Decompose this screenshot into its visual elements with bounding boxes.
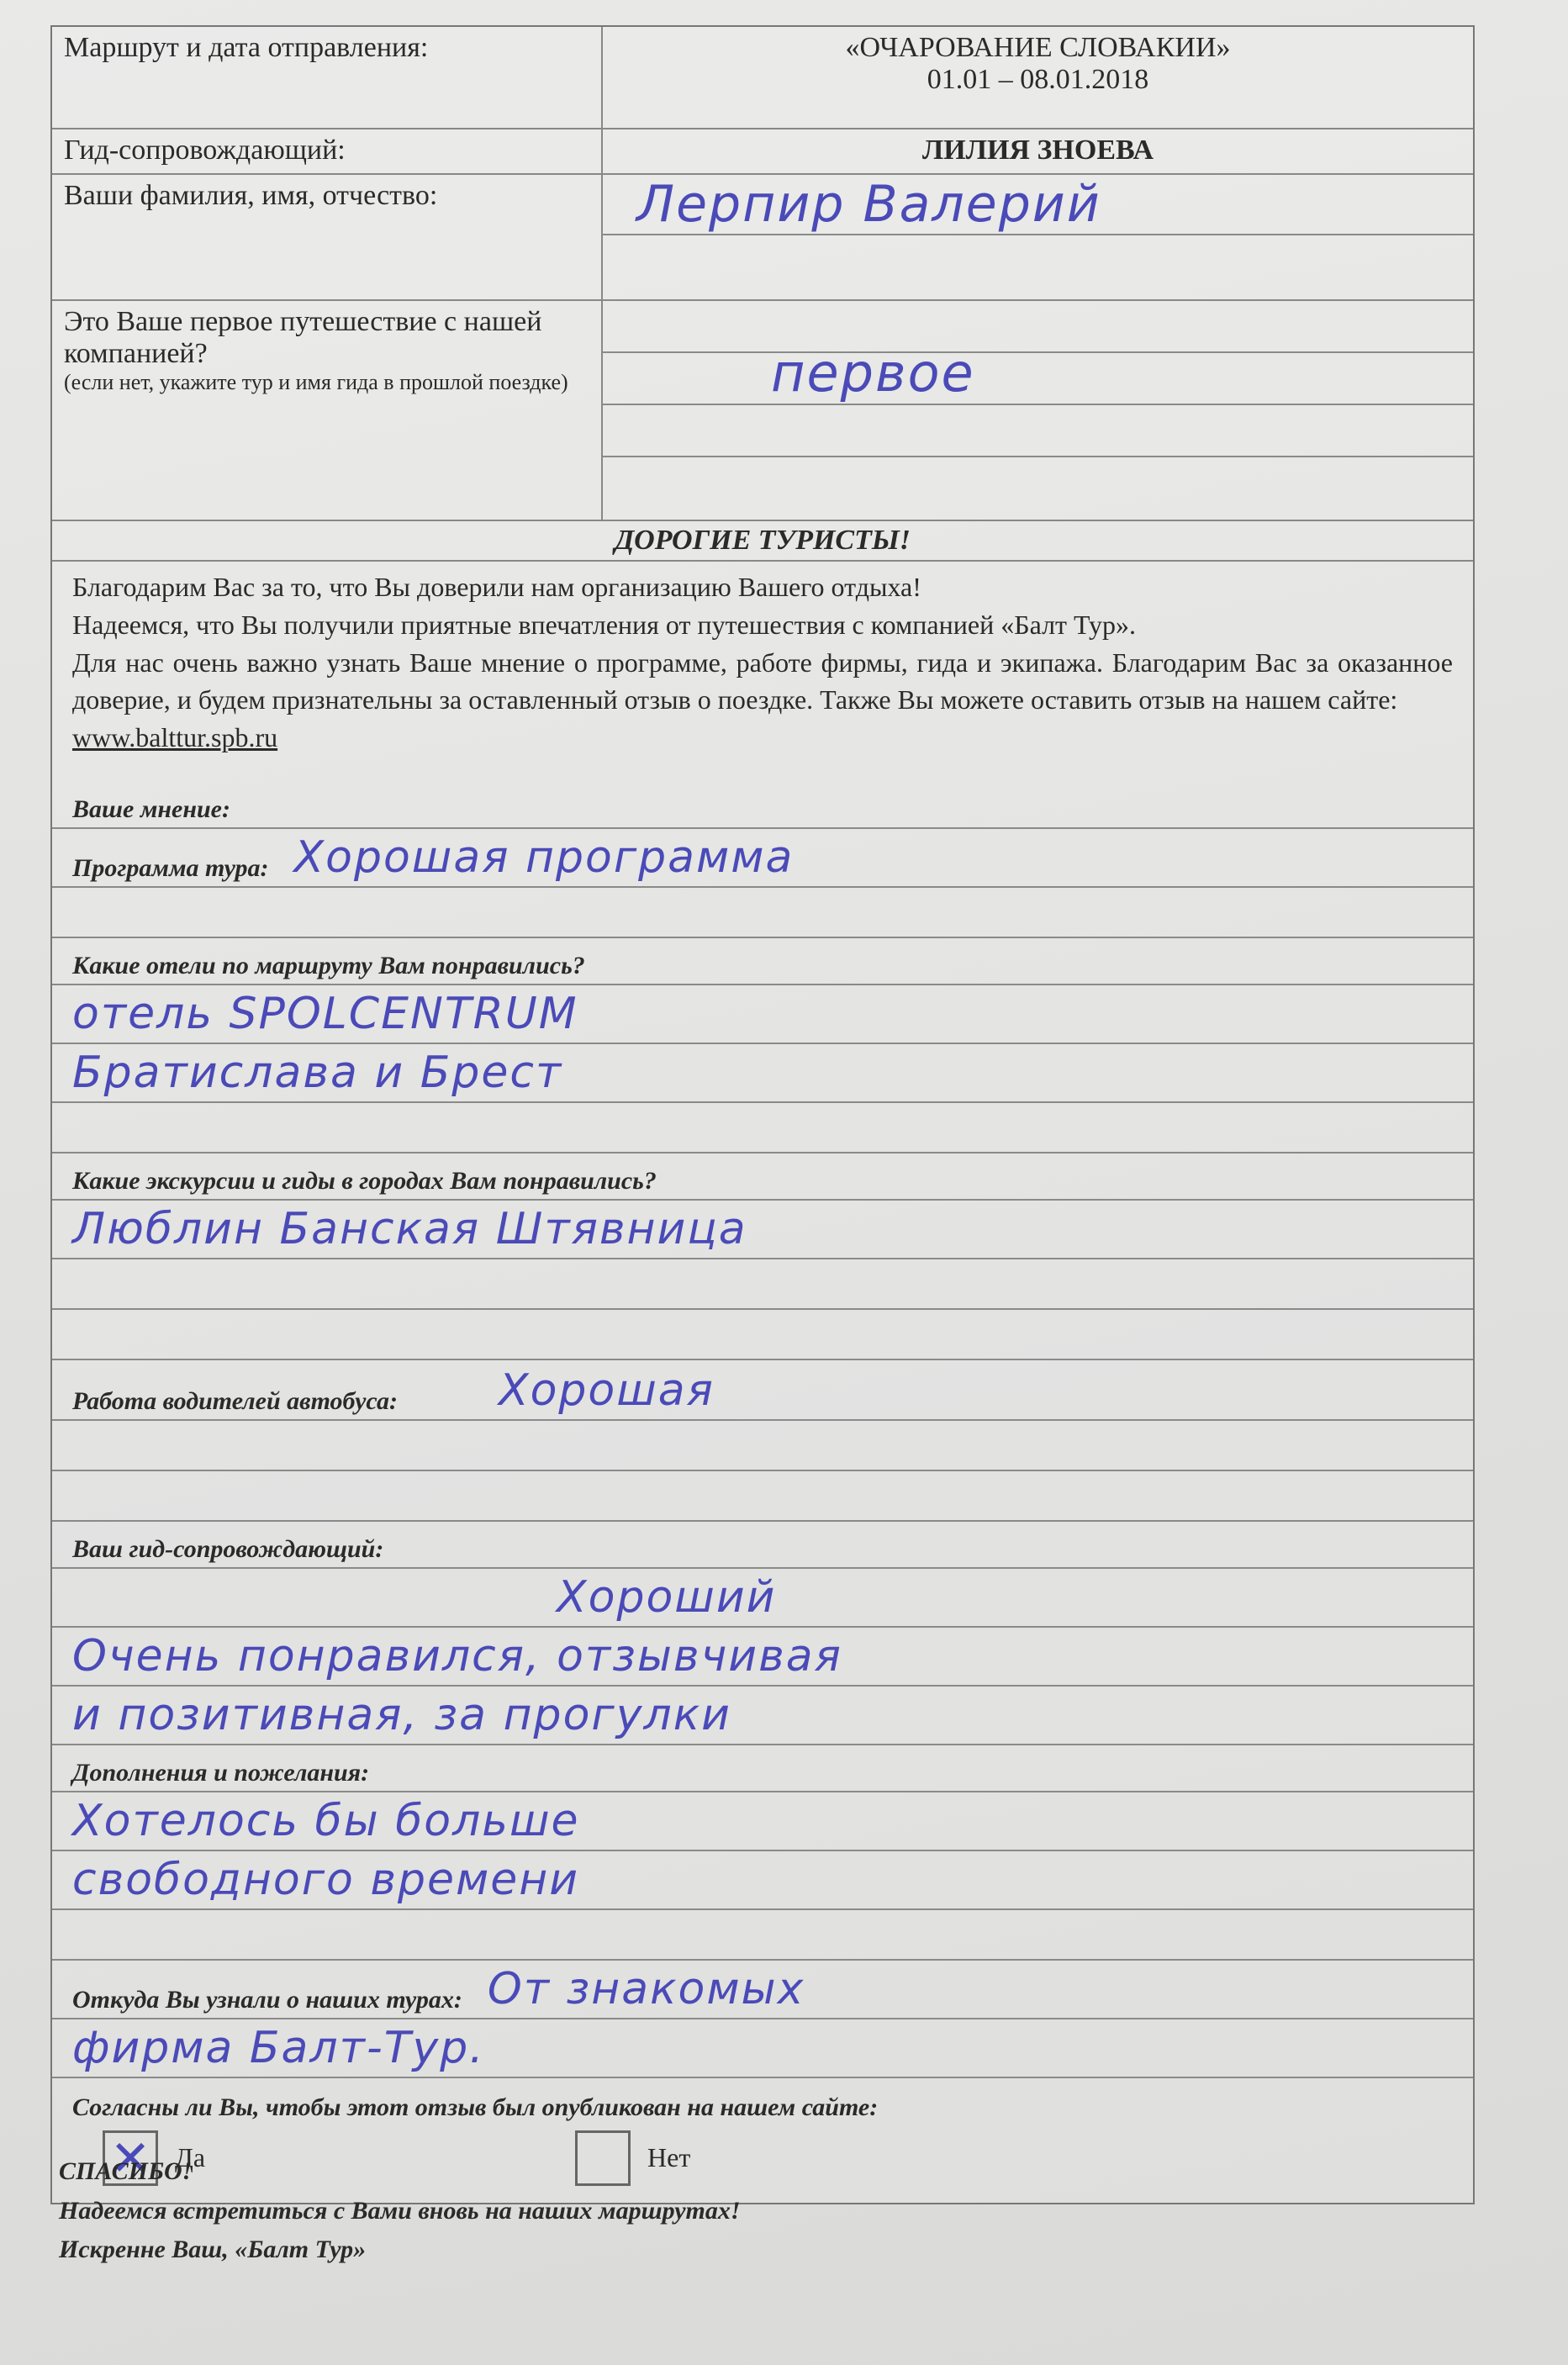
wishes-row: Дополнения и пожелания: <box>52 1745 1473 1792</box>
hotels-answer-1: отель SPOLCENTRUM <box>72 989 578 1039</box>
name-row: Ваши фамилия, имя, отчество: Лерпир Вале… <box>52 175 1473 301</box>
name-label: Ваши фамилия, имя, отчество: <box>52 175 603 299</box>
tour-dates: 01.01 – 08.01.2018 <box>611 64 1465 96</box>
source-row[interactable]: Откуда Вы узнали о наших турах: От знако… <box>52 1961 1473 2019</box>
footer-line-1: Надеемся встретиться с Вами вновь на наш… <box>59 2192 741 2231</box>
tour-guide-answer-3: и позитивная, за прогулки <box>72 1690 731 1740</box>
excursions-answer-line[interactable]: Люблин Банская Штявница <box>52 1201 1473 1259</box>
opinion-heading: Ваше мнение: <box>72 795 230 824</box>
drivers-blank-line-2[interactable] <box>52 1471 1473 1522</box>
footer-line-2: Искренне Ваш, «Балт Тур» <box>59 2230 741 2270</box>
hotels-answer-2: Братислава и Брест <box>72 1048 562 1098</box>
hotels-row: Какие отели по маршруту Вам понравились? <box>52 938 1473 985</box>
tour-guide-answer-line-2[interactable]: Очень понравился, отзывчивая <box>52 1628 1473 1687</box>
route-row: Маршрут и дата отправления: «ОЧАРОВАНИЕ … <box>52 27 1473 129</box>
opinion-heading-row: Ваше мнение: <box>52 782 1473 829</box>
first-trip-label: Это Ваше первое путешествие с нашей комп… <box>64 306 589 370</box>
tour-guide-answer-line-3[interactable]: и позитивная, за прогулки <box>52 1687 1473 1745</box>
form-footer: СПАСИБО! Надеемся встретиться с Вами вно… <box>59 2152 741 2270</box>
name-field[interactable]: Лерпир Валерий <box>603 175 1473 299</box>
intro-title: ДОРОГИЕ ТУРИСТЫ! <box>52 521 1473 562</box>
first-trip-field[interactable]: первое <box>603 301 1473 520</box>
guide-label: Гид-сопровождающий: <box>52 129 603 173</box>
first-trip-row: Это Ваше первое путешествие с нашей комп… <box>52 301 1473 521</box>
source-answer-2: фирма Балт-Тур. <box>72 2023 485 2073</box>
hotels-answer-line-1[interactable]: отель SPOLCENTRUM <box>52 985 1473 1044</box>
guide-value: ЛИЛИЯ ЗНОЕВА <box>603 129 1473 173</box>
intro-text: Благодарим Вас за то, что Вы доверили на… <box>52 562 1473 782</box>
program-row[interactable]: Программа тура: Хорошая программа <box>52 829 1473 888</box>
hotels-blank-line[interactable] <box>52 1103 1473 1153</box>
excursions-answer: Люблин Банская Штявница <box>72 1204 747 1254</box>
wishes-answer-line-2[interactable]: свободного времени <box>52 1851 1473 1910</box>
wishes-label: Дополнения и пожелания: <box>72 1759 369 1787</box>
source-answer-1: От знакомых <box>488 1964 805 2014</box>
tour-guide-answer-1: Хороший <box>557 1572 776 1623</box>
tour-guide-answer-2: Очень понравился, отзывчивая <box>72 1631 842 1681</box>
consent-question: Согласны ли Вы, чтобы этот отзыв был опу… <box>72 2093 878 2122</box>
excursions-row: Какие экскурсии и гиды в городах Вам пон… <box>52 1153 1473 1201</box>
footer-thanks: СПАСИБО! <box>59 2152 741 2192</box>
intro-p3: Для нас очень важно узнать Ваше мнение о… <box>72 644 1453 720</box>
source-label: Откуда Вы узнали о наших турах: <box>72 1986 462 2014</box>
tour-guide-row: Ваш гид-сопровождающий: <box>52 1522 1473 1569</box>
route-value: «ОЧАРОВАНИЕ СЛОВАКИИ» 01.01 – 08.01.2018 <box>603 27 1473 128</box>
name-value: Лерпир Валерий <box>636 175 1101 234</box>
tour-guide-label: Ваш гид-сопровождающий: <box>72 1535 383 1564</box>
excursions-blank-line-2[interactable] <box>52 1310 1473 1360</box>
tour-guide-answer-line-1[interactable]: Хороший <box>52 1569 1473 1628</box>
drivers-answer: Хорошая <box>499 1365 715 1416</box>
guide-row: Гид-сопровождающий: ЛИЛИЯ ЗНОЕВА <box>52 129 1473 175</box>
consent-row: Согласны ли Вы, чтобы этот отзыв был опу… <box>52 2078 1473 2125</box>
first-trip-value: первое <box>771 342 975 404</box>
wishes-answer-2: свободного времени <box>72 1855 579 1905</box>
wishes-answer-1: Хотелось бы больше <box>72 1796 580 1846</box>
source-answer-line-2[interactable]: фирма Балт-Тур. <box>52 2019 1473 2078</box>
first-trip-hint: (если нет, укажите тур и имя гида в прош… <box>64 370 589 395</box>
program-blank-line[interactable] <box>52 888 1473 938</box>
wishes-answer-line-1[interactable]: Хотелось бы больше <box>52 1792 1473 1851</box>
intro-p1: Благодарим Вас за то, что Вы доверили на… <box>72 568 1453 606</box>
hotels-label: Какие отели по маршруту Вам понравились? <box>72 952 585 980</box>
drivers-blank-line-1[interactable] <box>52 1421 1473 1471</box>
program-label: Программа тура: <box>72 854 269 883</box>
feedback-form: Маршрут и дата отправления: «ОЧАРОВАНИЕ … <box>50 25 1475 2204</box>
tour-name: «ОЧАРОВАНИЕ СЛОВАКИИ» <box>611 32 1465 64</box>
excursions-label: Какие экскурсии и гиды в городах Вам пон… <box>72 1167 657 1196</box>
hotels-answer-line-2[interactable]: Братислава и Брест <box>52 1044 1473 1103</box>
excursions-blank-line-1[interactable] <box>52 1259 1473 1310</box>
drivers-row[interactable]: Работа водителей автобуса: Хорошая <box>52 1360 1473 1421</box>
program-answer: Хорошая программа <box>294 832 795 883</box>
first-trip-label-cell: Это Ваше первое путешествие с нашей комп… <box>52 301 603 520</box>
wishes-blank-line[interactable] <box>52 1910 1473 1961</box>
drivers-label: Работа водителей автобуса: <box>72 1387 398 1416</box>
route-label: Маршрут и дата отправления: <box>52 27 603 128</box>
website-link[interactable]: www.balttur.spb.ru <box>72 722 277 752</box>
feedback-form-page: Маршрут и дата отправления: «ОЧАРОВАНИЕ … <box>0 0 1568 2365</box>
intro-p2: Надеемся, что Вы получили приятные впеча… <box>72 606 1453 644</box>
